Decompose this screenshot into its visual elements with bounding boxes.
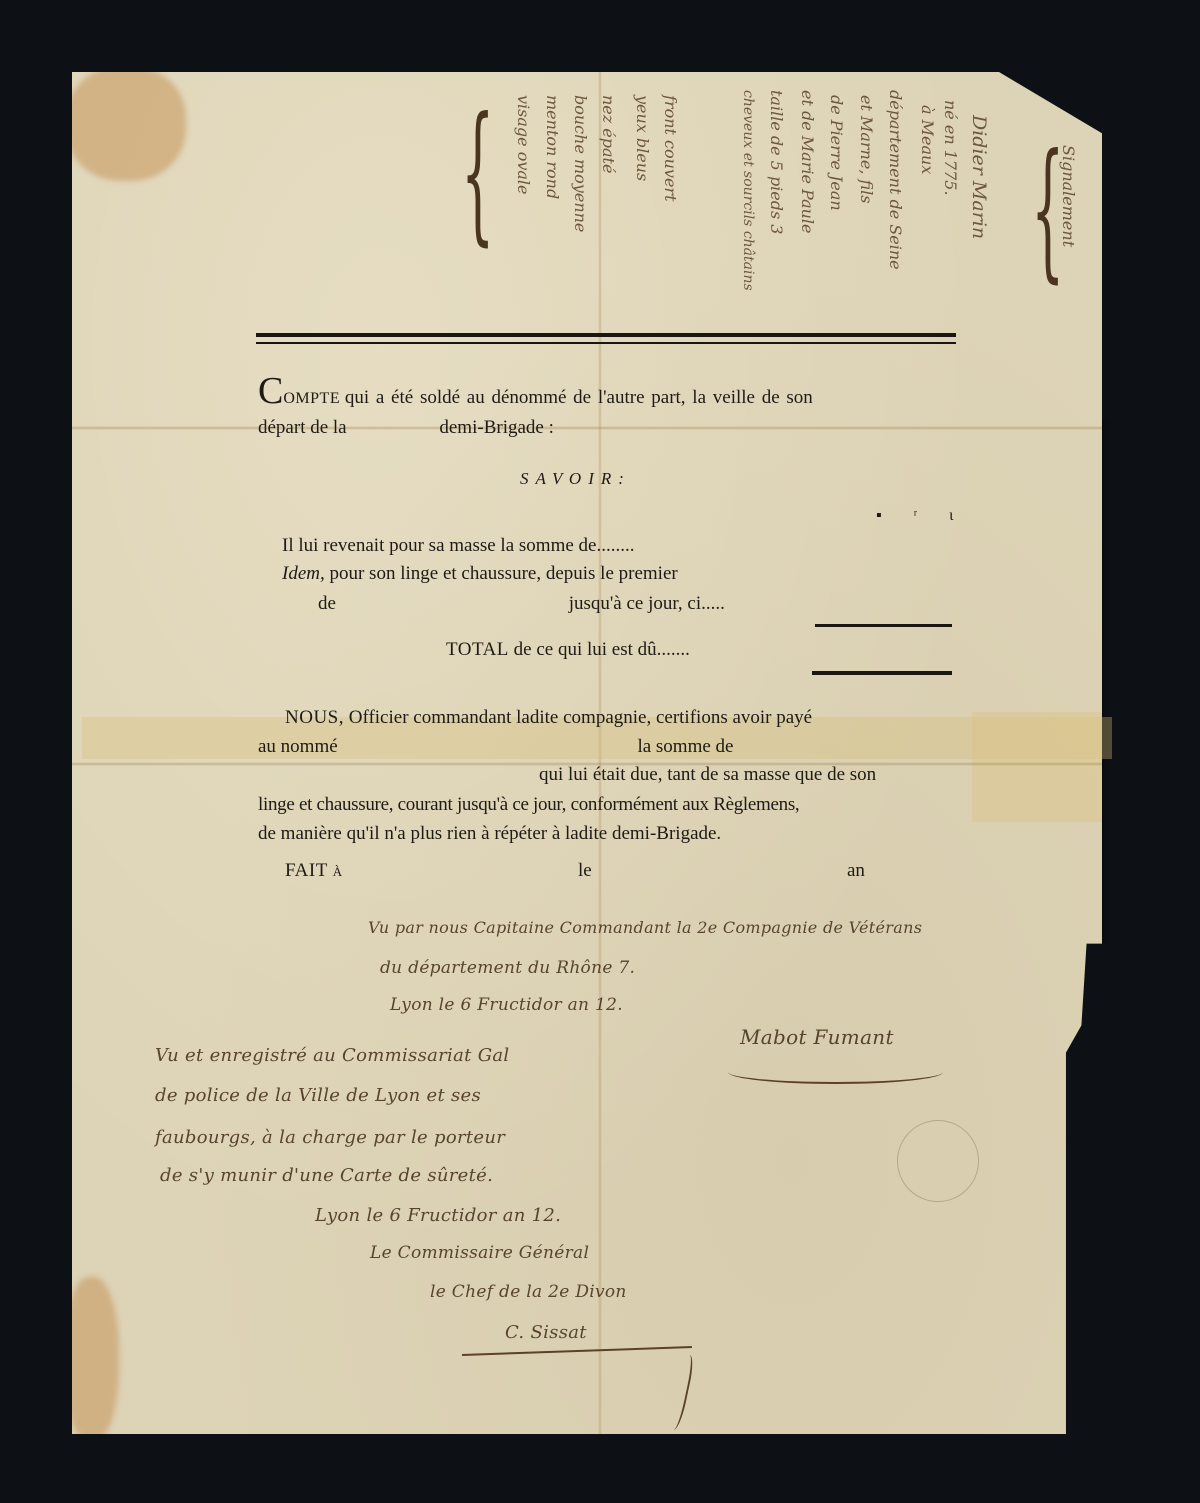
savoir-heading: SAVOIR: bbox=[520, 470, 631, 487]
signalement-line: de Pierre Jean bbox=[827, 95, 846, 211]
endorsement2-signature: C. Sissat bbox=[505, 1322, 587, 1343]
intro-text: qui a été soldé au dénommé de l'autre pa… bbox=[345, 387, 813, 408]
signalement-line: Didier Marin bbox=[968, 115, 990, 239]
endorsement2-line1: Vu et enregistré au Commissariat Gal bbox=[155, 1045, 509, 1066]
signalement-label: Signalement bbox=[1059, 145, 1078, 247]
maniere-line: de manière qu'il n'a plus rien à répéter… bbox=[258, 824, 721, 843]
signalement-line: né en 1775. bbox=[941, 100, 960, 196]
double-rule-thin bbox=[256, 342, 956, 344]
fold-line-horizontal bbox=[72, 426, 1102, 430]
signalement-line: département de Seine bbox=[886, 90, 905, 270]
endorsement2-line6: Le Commissaire Général bbox=[370, 1243, 589, 1263]
nous-text: Officier commandant ladite compagnie, ce… bbox=[349, 707, 812, 728]
signalement-line: nez épaté bbox=[599, 95, 618, 173]
jusqua-label: jusqu'à ce jour, ci..... bbox=[569, 593, 725, 614]
endorsement1-line2: du département du Rhône 7. bbox=[380, 958, 635, 978]
faint-vertical-print: ARRIVÉE bbox=[1069, 1057, 1090, 1177]
le-label: le bbox=[578, 861, 592, 880]
de-line: de jusqu'à ce jour, ci..... bbox=[318, 594, 725, 613]
subtotal-rule bbox=[815, 624, 952, 627]
signalement-line: taille de 5 pieds 3 bbox=[767, 90, 786, 234]
total-line: TOTAL de ce qui lui est dû....... bbox=[446, 640, 690, 659]
idem-word: Idem, bbox=[282, 563, 325, 584]
depart-line: départ de la demi-Brigade : bbox=[258, 418, 554, 437]
idem-text: pour son linge et chaussure, depuis le p… bbox=[329, 563, 677, 584]
fait-label: FAIT à bbox=[285, 860, 343, 881]
endorsement1-line1: Vu par nous Capitaine Commandant la 2e C… bbox=[368, 918, 922, 937]
qui-lui-line: qui lui était due, tant de sa masse que … bbox=[539, 765, 876, 784]
linge-line: linge et chaussure, courant jusqu'à ce j… bbox=[258, 795, 799, 814]
au-nomme-line: au nommé la somme de bbox=[258, 737, 733, 756]
endorsement2-line4: de s'y munir d'une Carte de sûreté. bbox=[160, 1165, 493, 1186]
endorsement2-line3: faubourgs, à la charge par le porteur bbox=[155, 1127, 505, 1148]
drop-cap: C bbox=[258, 370, 283, 412]
signalement-line: bouche moyenne bbox=[571, 95, 590, 232]
water-stain-bottom-left bbox=[64, 1277, 119, 1442]
de-label: de bbox=[318, 593, 336, 614]
double-rule-thick bbox=[256, 333, 956, 337]
signalement-line: yeux bleus bbox=[633, 95, 652, 181]
compte-heading-line: COMPTE qui a été soldé au dénommé de l'a… bbox=[258, 372, 813, 410]
nous-word: NOUS, bbox=[285, 707, 344, 728]
la-somme-label: la somme de bbox=[637, 736, 733, 757]
fait-line: FAIT à le an bbox=[285, 861, 885, 880]
endorsement2-line7: le Chef de la 2e Divon bbox=[430, 1282, 627, 1302]
total-text: de ce qui lui est dû....... bbox=[514, 639, 690, 660]
masse-line: Il lui revenait pour sa masse la somme d… bbox=[282, 536, 634, 555]
demi-brigade-label: demi-Brigade : bbox=[439, 417, 554, 438]
repair-tape-strip-right bbox=[972, 712, 1102, 822]
an-label: an bbox=[847, 861, 865, 880]
endorsement2-line2: de police de la Ville de Lyon et ses bbox=[155, 1085, 481, 1106]
endorsement1-line3: Lyon le 6 Fructidor an 12. bbox=[390, 995, 623, 1015]
signature-flourish bbox=[728, 1060, 943, 1084]
signalement-line: à Meaux bbox=[918, 105, 937, 174]
amount-marks: ▪ ʳ ɩ bbox=[876, 508, 967, 524]
signalement-line: et Marne, fils bbox=[857, 95, 876, 204]
endorsement2-line5: Lyon le 6 Fructidor an 12. bbox=[315, 1205, 561, 1226]
endorsement1-signature: Mabot Fumant bbox=[740, 1025, 894, 1049]
signalement-line: menton rond bbox=[543, 95, 562, 199]
total-word: TOTAL bbox=[446, 639, 509, 660]
au-nomme-label: au nommé bbox=[258, 736, 338, 757]
water-stain-top-left bbox=[66, 66, 186, 181]
total-rule bbox=[812, 671, 952, 675]
idem-line: Idem, pour son linge et chaussure, depui… bbox=[282, 564, 678, 583]
signalement-line: et de Marie Paule bbox=[798, 90, 817, 234]
compte-word: OMPTE bbox=[283, 390, 340, 407]
depart-label: départ de la bbox=[258, 417, 347, 438]
nous-line: NOUS, Officier commandant ladite compagn… bbox=[285, 708, 812, 727]
left-brace: { bbox=[461, 98, 494, 248]
signalement-line: cheveux et sourcils châtains bbox=[740, 90, 756, 291]
circular-stamp bbox=[897, 1120, 979, 1202]
signalement-line: visage ovale bbox=[514, 95, 533, 195]
signalement-line: front couvert bbox=[661, 95, 680, 202]
